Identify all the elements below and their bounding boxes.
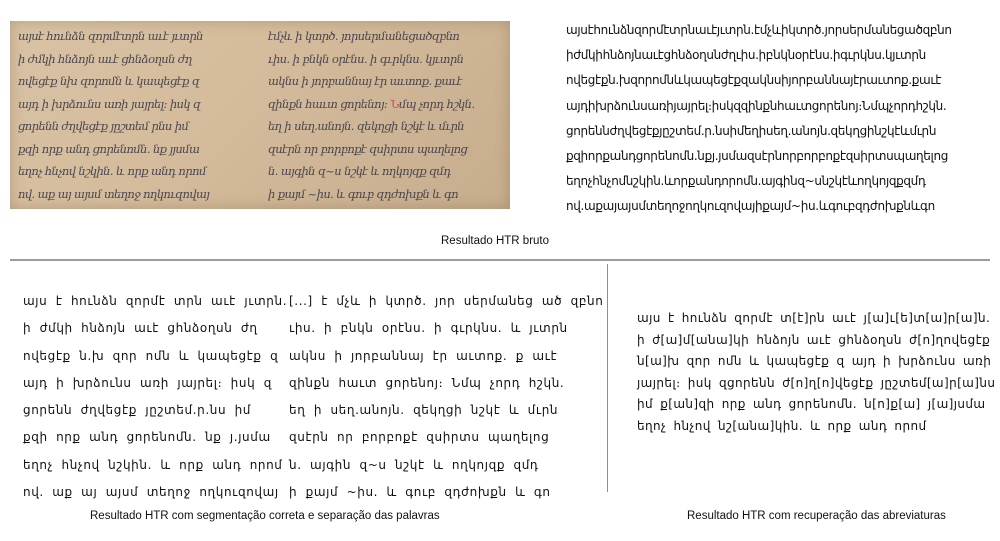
manuscript-line: ի քայմ ~իս. և գուբ զդժոխքն և գո [268,183,504,206]
manuscript-line: ցորենն ժղվեցէք յըշտեմ րնս իմ [18,115,258,138]
manuscript-line: զսէրն որ բորբոքէ զսիրտս պաղելոց [268,138,504,161]
raw-htr-line: իժմկիհնձոյնաւէցհնձօղսնժղւիս.իբնկնօրէնս.ի… [566,43,991,68]
manuscript-line: ւիս. ի բնկն օրէնս. ի գւրկնս. կյւտրն [268,48,504,71]
manuscript-line: այսէ հունձն զորմէտրն աւէ յւտրն [18,25,258,48]
manuscript-line: զինքն հաւտ ցորենոյ։ Նմպ չորդ հշկն. [268,93,504,116]
manuscript-line: էմչև ի կտրծ. յորսերմանեցածզբնո [268,25,504,48]
manuscript-line: ով. աք այ այսմ տեղոջ ողկուզովայ [18,183,258,206]
abbreviation-line: իմ ք[ան]զի որք անդ ցորենոմն. ն[ո]ք[ա] յ[… [637,394,997,416]
raw-htr-text: այսէհունձնզորմէտրնաւէյւտրն.էմչևիկտրծ.յոր… [566,18,991,220]
raw-htr-line: ցորեննժղվեցէքյըշտեմ.ր.նսիմեղիսեղ.անոյն.զ… [566,119,991,144]
segmented-line: զսէրն որ բորբոքէ զսիրտս պաղելոց [289,424,594,451]
segmented-line: ով. աք այ այսմ տեղոջ ողկուզովայ [23,479,283,506]
caption-raw-htr: Resultado HTR bruto [441,235,549,247]
segmented-column-left: այս է հունձն զորմէ տրն աւէ յւտրն. ի ժմկի… [23,288,283,506]
manuscript-image: այսէ հունձն զորմէտրն աւէ յւտրն ի ժմկի հն… [10,21,510,209]
rubric-initial: Ն [390,97,399,111]
manuscript-line: այդ ի խրձունս առի յայրել։ իսկ զ [18,93,258,116]
abbreviation-line: ի ժ[ա]մ[անա]կի հնձոյն աւէ ցհնձօղսն ժ[ո]ղ… [637,330,997,352]
segmented-line: ովեցէք ն.խ զոր ոմն և կապեցէք զ [23,343,283,370]
segmented-line: քզի որք անդ ցորենոմն. նք յ.յսմա [23,424,283,451]
abbreviation-recovered-text: այս է հունձն զորմէ տ[է]րն աւէ յ[ա]ւ[ե]տ[… [637,308,997,438]
raw-htr-line: ով.աքայայսմտեղոջողկուզովայիքայմ~իս.ևգուբ… [566,194,991,219]
segmented-column-right: [...] է մչև ի կտրծ. յոր սերմանեց ած զբնո… [289,288,594,506]
caption-abbreviations: Resultado HTR com recuperação das abrevi… [687,510,946,522]
manuscript-line-text: զինքն հաւտ ցորենոյ։ [268,97,387,111]
segmented-line: ակնս ի յորբաննայ էր աւտոք. ք աւէ [289,343,594,370]
segmented-line: ի քայմ ~իս. և գուբ զդժոխքն և գո [289,479,594,506]
segmented-line: [...] է մչև ի կտրծ. յոր սերմանեց ած զբնո [289,288,594,315]
raw-htr-line: այդիխրձունսառիյայրել։իսկզզինքնհաւտցորենո… [566,94,991,119]
manuscript-line: ն. այգին զ~ս նշկէ և ողկոյզք զմդ [268,160,504,183]
horizontal-divider [10,259,990,261]
manuscript-line: եղոչ հնչով նշկին. և որք անդ որոմ [18,160,258,183]
segmented-line: եղոչ հնչով նշկին. և որք անդ որոմ [23,452,283,479]
manuscript-left-column: այսէ հունձն զորմէտրն աւէ յւտրն ի ժմկի հն… [18,25,258,205]
manuscript-line: ովեցէք նխ զորոմն և կապեցէք զ [18,70,258,93]
segmented-line: այս է հունձն զորմէ տրն աւէ յւտրն. [23,288,283,315]
abbreviation-line: յայրել։ իսկ զցորենն ժ[ո]ղ[ո]վեցէք յըշտեմ… [637,373,997,395]
manuscript-line: ակնս ի յորբաննայ էր աւտոք. քաւէ [268,70,504,93]
manuscript-line: ի ժմկի հնձոյն աւէ ցհնձօղսն ժղ [18,48,258,71]
manuscript-line: եղ ի սեղ.անոյն. զեկղցի նշկէ և մւրն [268,115,504,138]
segmented-line: այդ ի խրձունս առի յայրել։ իսկ զ [23,370,283,397]
abbreviation-line: ն[ա]խ զոր ոմն և կապեցէք զ այդ ի խրձունս … [637,351,997,373]
raw-htr-line: եղոչհնչոմնշկին.ևորքանդորոմն.այգինզ~սնշկէ… [566,169,991,194]
raw-htr-line: քզիորքանդցորենոմն.նքյ.յսմազսէրնորբորբոքէ… [566,144,991,169]
manuscript-line-text: մպ չորդ հշկն. [399,97,475,111]
segmented-line: զինքն հաւտ ցորենոյ։ Նմպ չորդ հշկն. [289,370,594,397]
raw-htr-line: ովեցէքն.խզորոմնևկապեցէքզակնսիյորբաննայէր… [566,68,991,93]
raw-htr-line: այսէհունձնզորմէտրնաւէյւտրն.էմչևիկտրծ.յոր… [566,18,991,43]
segmented-line: ցորենն ժղվեցէք յըշտեմ.ր.նս իմ [23,397,283,424]
vertical-divider [607,264,608,492]
segmented-line: ւիս. ի բնկն օրէնս. ի գւրկնս. և յւտրն [289,315,594,342]
segmented-line: ի ժմկի հնձոյն աւէ ցհնձօղսն ժղ [23,315,283,342]
segmented-line: ն. այգին զ~ս նշկէ և ողկոյզք զմդ [289,452,594,479]
manuscript-line: քզի որք անդ ցորենոմն. նք յյսմա [18,138,258,161]
manuscript-right-column: էմչև ի կտրծ. յորսերմանեցածզբնո ւիս. ի բն… [268,25,504,205]
segmented-line: եղ ի սեղ.անոյն. զեկղցի նշկէ և մւրն [289,397,594,424]
caption-segmented: Resultado HTR com segmentação correta e … [90,510,440,522]
abbreviation-line: եղոչ հնչով նշ[անա]կին. և որք անդ որոմ [637,416,997,438]
abbreviation-line: այս է հունձն զորմէ տ[է]րն աւէ յ[ա]ւ[ե]տ[… [637,308,997,330]
